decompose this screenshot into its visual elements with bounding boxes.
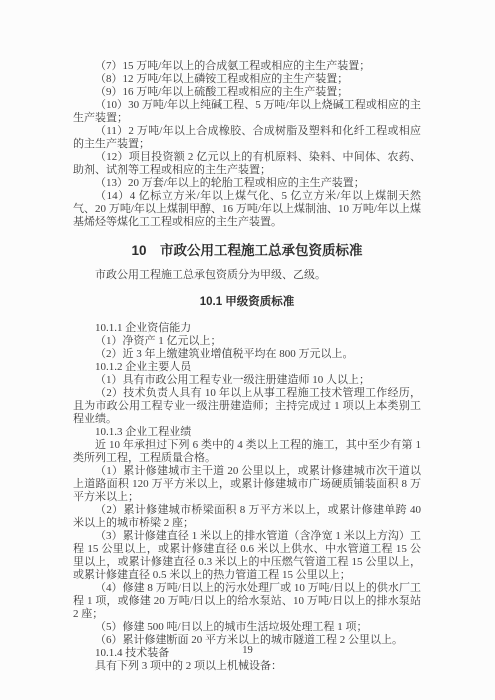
chapter-heading: 10 市政公用工程施工总承包资质标准	[73, 242, 421, 260]
document-body: （7）15 万吨/年以上的合成氨工程或相应的主生产装置；（8）12 万吨/年以上…	[73, 60, 421, 673]
paragraph: （3）累计修建直径 1 米以上的排水管道（含净宽 1 米以上方沟）工程 15 公…	[73, 530, 421, 582]
paragraph: 10.1.3 企业工程业绩	[73, 426, 421, 439]
paragraph: （1）累计修建城市主干道 20 公里以上，或累计修建城市次干道以上道路面积 12…	[73, 465, 421, 504]
paragraph: （9）16 万吨/年以上硫酸工程或相应的主生产装置；	[73, 86, 421, 99]
paragraph: 10.1.2 企业主要人员	[73, 361, 421, 374]
paragraph: （1）净资产 1 亿元以上；	[73, 335, 421, 348]
paragraph: （8）12 万吨/年以上磷铵工程或相应的主生产装置；	[73, 73, 421, 86]
paragraph: 近 10 年承担过下列 6 类中的 4 类以上工程的施工，其中至少有第 1 类所…	[73, 439, 421, 465]
page-number: 19	[0, 644, 495, 657]
paragraph: （11）2 万吨/年以上合成橡胶、合成树脂及塑料和化纤工程或相应的主生产装置；	[73, 125, 421, 151]
section-heading: 10.1 甲级资质标准	[73, 294, 421, 310]
paragraph: （1）具有市政公用工程专业一级注册建造师 10 人以上；	[73, 374, 421, 387]
paragraph: 市政公用工程施工总承包资质分为甲级、乙级。	[73, 269, 421, 282]
paragraph: （10）30 万吨/年以上纯碱工程、5 万吨/年以上烧碱工程或相应的主生产装置；	[73, 99, 421, 125]
paragraph: （2）累计修建城市桥梁面积 8 万平方米以上，或累计修建单跨 40 米以上的城市…	[73, 504, 421, 530]
paragraph: （7）15 万吨/年以上的合成氨工程或相应的主生产装置；	[73, 60, 421, 73]
document-page: （7）15 万吨/年以上的合成氨工程或相应的主生产装置；（8）12 万吨/年以上…	[0, 0, 495, 700]
paragraph: （4）修建 8 万吨/日以上的污水处理厂或 10 万吨/日以上的供水厂工程 1 …	[73, 582, 421, 621]
paragraph: 具有下列 3 项中的 2 项以上机械设备：	[73, 660, 421, 673]
paragraph: （5）修建 500 吨/日以上的城市生活垃圾处理工程 1 项；	[73, 621, 421, 634]
paragraph: （13）20 万套/年以上的轮胎工程或相应的主生产装置；	[73, 177, 421, 190]
paragraph: （12）项目投资额 2 亿元以上的有机原料、染料、中间体、农药、助剂、试剂等工程…	[73, 151, 421, 177]
paragraph: （14）4 亿标立方米/年以上煤气化、5 亿立方米/年以上煤制天然气、20 万吨…	[73, 190, 421, 229]
paragraph: （2）近 3 年上缴建筑业增值税平均在 800 万元以上。	[73, 348, 421, 361]
paragraph: 10.1.1 企业资信能力	[73, 322, 421, 335]
paragraph: （2）技术负责人具有 10 年以上从事工程施工技术管理工作经历，且为市政公用工程…	[73, 387, 421, 426]
